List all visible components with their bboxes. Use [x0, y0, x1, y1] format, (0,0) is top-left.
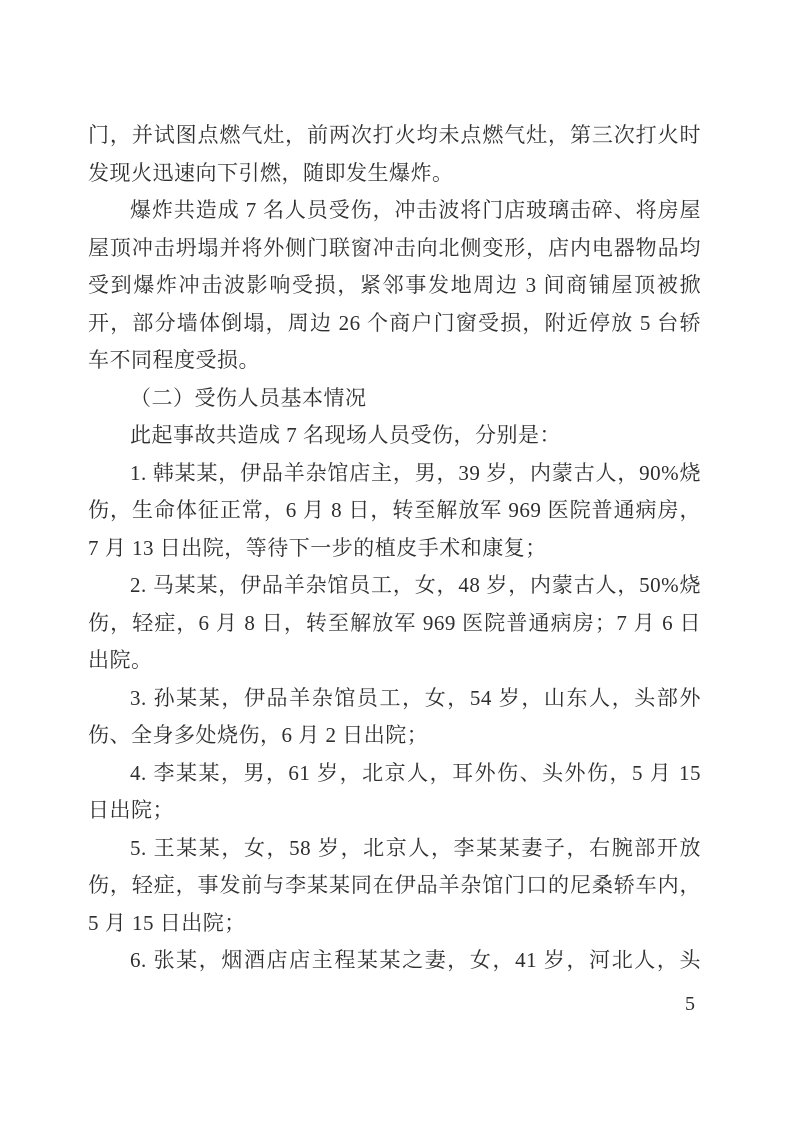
text-line: 伤、全身多处烧伤，6 月 2 日出院；	[88, 717, 701, 755]
text-line: 2. 马某某，伊品羊杂馆员工，女，48 岁，内蒙古人，50%烧	[88, 567, 701, 605]
text-line: 发现火迅速向下引燃，随即发生爆炸。	[88, 155, 701, 193]
text-line: 4. 李某某，男，61 岁，北京人，耳外伤、头外伤，5 月 15	[88, 755, 701, 793]
text-line: 日出院；	[88, 792, 701, 830]
text-line: 3. 孙某某，伊品羊杂馆员工，女，54 岁，山东人，头部外	[88, 680, 701, 718]
text-line: 开，部分墙体倒塌，周边 26 个商户门窗受损，附近停放 5 台轿	[88, 305, 701, 343]
text-line: 受到爆炸冲击波影响受损，紧邻事发地周边 3 间商铺屋顶被掀	[88, 267, 701, 305]
text-line: 出院。	[88, 642, 701, 680]
text-line: 车不同程度受损。	[88, 342, 701, 380]
text-line: 6. 张某，烟酒店店主程某某之妻，女，41 岁，河北人，头	[88, 942, 701, 980]
text-line: 伤，轻症，事发前与李某某同在伊品羊杂馆门口的尼桑轿车内，	[88, 867, 701, 905]
text-line: 此起事故共造成 7 名现场人员受伤，分别是：	[88, 417, 701, 455]
section-heading-line: （二）受伤人员基本情况	[88, 380, 701, 418]
text-line: 伤，生命体征正常，6 月 8 日，转至解放军 969 医院普通病房，	[88, 492, 701, 530]
text-line: 屋顶冲击坍塌并将外侧门联窗冲击向北侧变形，店内电器物品均	[88, 230, 701, 268]
text-line: 5 月 15 日出院；	[88, 905, 701, 943]
text-line: 5. 王某某，女，58 岁，北京人，李某某妻子，右腕部开放	[88, 830, 701, 868]
text-line: 7 月 13 日出院，等待下一步的植皮手术和康复；	[88, 530, 701, 568]
document-page: 门，并试图点燃气灶，前两次打火均未点燃气灶，第三次打火时发现火迅速向下引燃，随即…	[0, 0, 793, 1122]
page-number: 5	[678, 992, 702, 1016]
text-line: 1. 韩某某，伊品羊杂馆店主，男，39 岁，内蒙古人，90%烧	[88, 455, 701, 493]
text-line: 门，并试图点燃气灶，前两次打火均未点燃气灶，第三次打火时	[88, 117, 701, 155]
text-line: 爆炸共造成 7 名人员受伤，冲击波将门店玻璃击碎、将房屋	[88, 192, 701, 230]
document-body: 门，并试图点燃气灶，前两次打火均未点燃气灶，第三次打火时发现火迅速向下引燃，随即…	[88, 117, 701, 980]
text-line: 伤，轻症，6 月 8 日，转至解放军 969 医院普通病房；7 月 6 日	[88, 605, 701, 643]
